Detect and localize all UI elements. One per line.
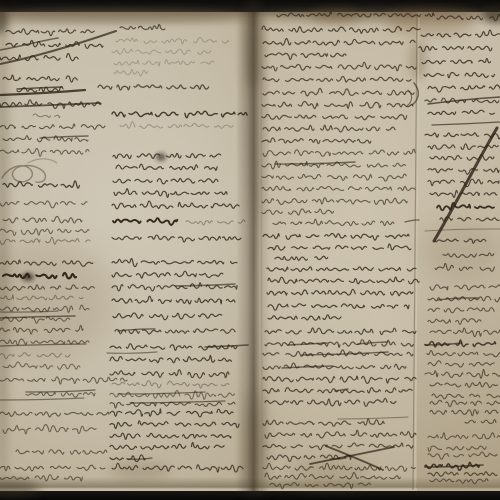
manuscript-photo [0, 0, 500, 500]
handwriting-overlay [0, 0, 500, 500]
